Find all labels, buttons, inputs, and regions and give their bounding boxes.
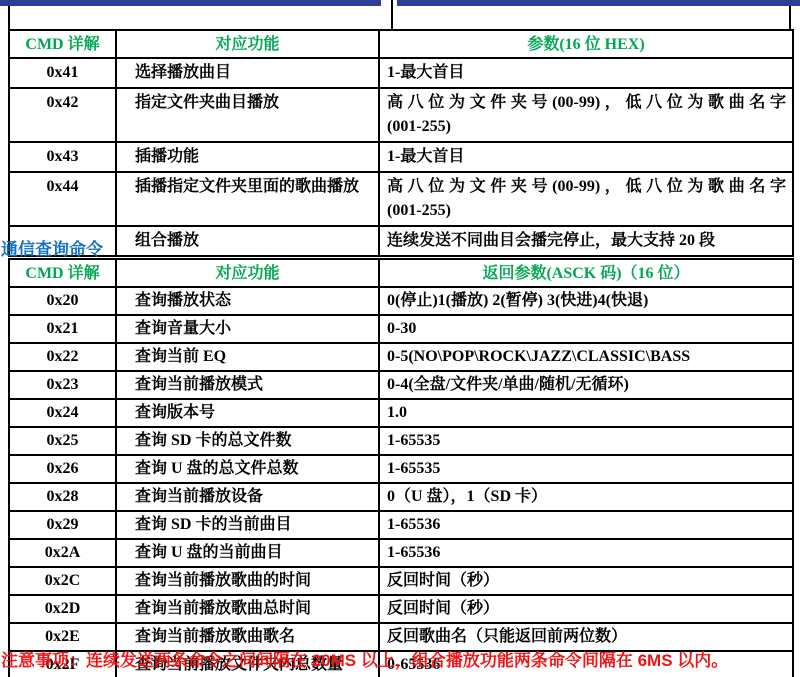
table-row: 0x26查询 U 盘的总文件总数1-65535 [9,455,793,483]
cmd-cell: 0x20 [9,287,116,315]
col-header-cmd: CMD 详解 [9,259,116,287]
param-cell: 高八位为文件夹号(00-99)，低八位为歌曲名字(001-255) [379,88,793,142]
function-cell: 查询 U 盘的当前曲目 [116,539,379,567]
function-cell: 查询当前播放歌曲总时间 [116,595,379,623]
param-cell: 反回时间（秒） [379,567,793,595]
col-header-cmd: CMD 详解 [9,30,116,58]
param-cell: 1-最大首目 [379,58,793,88]
section-title: 通信查询命令 [1,235,103,260]
param-cell: 0(停止)1(播放) 2(暂停) 3(快进)4(快退) [379,287,793,315]
table-row: 0x41选择播放曲目1-最大首目 [9,58,793,88]
cmd-cell: 0x41 [9,58,116,88]
function-cell: 选择播放曲目 [116,58,379,88]
function-cell: 指定文件夹曲目播放 [116,88,379,142]
table-row: 0x2A查询 U 盘的当前曲目1-65536 [9,539,793,567]
param-cell: 0-30 [379,315,793,343]
header-row: CMD 详解 对应功能 参数(16 位 HEX) [9,30,793,58]
table-row: 0x42指定文件夹曲目播放高八位为文件夹号(00-99)，低八位为歌曲名字(00… [9,88,793,142]
cmd-cell: 0x44 [9,172,116,226]
table-row: 0x24查询版本号1.0 [9,399,793,427]
table-row: 0x44插播指定文件夹里面的歌曲播放高八位为文件夹号(00-99)，低八位为歌曲… [9,172,793,226]
cmd-cell: 0x21 [9,315,116,343]
param-cell: 反回时间（秒） [379,595,793,623]
function-cell: 查询版本号 [116,399,379,427]
function-cell: 查询播放状态 [116,287,379,315]
cmd-cell: 0x28 [9,483,116,511]
function-cell: 查询音量大小 [116,315,379,343]
cmd-cell: 0x26 [9,455,116,483]
function-cell: 查询 SD 卡的总文件数 [116,427,379,455]
header-row: CMD 详解 对应功能 返回参数(ASCK 码)（16 位） [9,259,793,287]
cmd-cell: 0x24 [9,399,116,427]
function-cell: 插播指定文件夹里面的歌曲播放 [116,172,379,226]
function-cell: 插播功能 [116,142,379,172]
col-header-function: 对应功能 [116,30,379,58]
param-line: 高八位为文件夹号(00-99)，低八位为歌曲名字 [387,91,786,115]
param-cell: 1-65536 [379,539,793,567]
cmd-cell: 0x25 [9,427,116,455]
control-commands-table: CMD 详解 对应功能 参数(16 位 HEX) 0x41选择播放曲目1-最大首… [8,29,794,257]
table-row: 0x43插播功能1-最大首目 [9,142,793,172]
param-line: (001-255) [387,115,786,139]
param-cell: 0-5(NO\POP\ROCK\JAZZ\CLASSIC\BASS [379,343,793,371]
clipped-row-right-border [789,6,791,29]
function-cell: 查询 U 盘的总文件总数 [116,455,379,483]
clipped-row-left-border [8,6,10,29]
cmd-cell: 0x2D [9,595,116,623]
table-row: 组合播放连续发送不同曲目会播完停止，最大支持 20 段 [9,226,793,256]
cmd-cell: 0x2A [9,539,116,567]
cmd-cell: 0x23 [9,371,116,399]
clipped-row-divider [391,0,393,29]
top-blue-bar-right [397,0,800,6]
table-row: 0x29查询 SD 卡的当前曲目1-65536 [9,511,793,539]
function-cell: 查询当前播放设备 [116,483,379,511]
table-row: 0x2D查询当前播放歌曲总时间反回时间（秒） [9,595,793,623]
cmd-cell: 0x29 [9,511,116,539]
function-cell: 查询当前 EQ [116,343,379,371]
param-cell: 0（U 盘），1（SD 卡） [379,483,793,511]
param-cell: 1-65535 [379,455,793,483]
notice-text: 注意事项：连续发送两条命令之间间隔在 20MS 以上，组合播放功能两条命令间隔在… [1,646,799,671]
col-header-function: 对应功能 [116,259,379,287]
table-row: 0x21查询音量大小0-30 [9,315,793,343]
cmd-cell: 0x2C [9,567,116,595]
param-cell: 1-65535 [379,427,793,455]
col-header-return-param: 返回参数(ASCK 码)（16 位） [379,259,793,287]
function-cell: 查询 SD 卡的当前曲目 [116,511,379,539]
function-cell: 查询当前播放模式 [116,371,379,399]
table-row: 0x25查询 SD 卡的总文件数1-65535 [9,427,793,455]
param-cell: 0-4(全盘/文件夹/单曲/随机/无循环) [379,371,793,399]
table-row: 0x22查询当前 EQ0-5(NO\POP\ROCK\JAZZ\CLASSIC\… [9,343,793,371]
table-row: 0x20查询播放状态0(停止)1(播放) 2(暂停) 3(快进)4(快退) [9,287,793,315]
param-cell: 1.0 [379,399,793,427]
table-row: 0x2C查询当前播放歌曲的时间反回时间（秒） [9,567,793,595]
cmd-cell: 0x42 [9,88,116,142]
cmd-cell: 0x22 [9,343,116,371]
function-cell: 组合播放 [116,226,379,256]
param-cell: 高八位为文件夹号(00-99)，低八位为歌曲名字(001-255) [379,172,793,226]
function-cell: 查询当前播放歌曲的时间 [116,567,379,595]
col-header-param: 参数(16 位 HEX) [379,30,793,58]
param-line: (001-255) [387,199,786,223]
cmd-cell: 0x43 [9,142,116,172]
param-cell: 1-65536 [379,511,793,539]
param-cell: 1-最大首目 [379,142,793,172]
top-blue-bar-left [0,0,381,6]
query-commands-table: CMD 详解 对应功能 返回参数(ASCK 码)（16 位） 0x20查询播放状… [8,258,794,677]
table-row: 0x23查询当前播放模式0-4(全盘/文件夹/单曲/随机/无循环) [9,371,793,399]
table-row: 0x28查询当前播放设备0（U 盘），1（SD 卡） [9,483,793,511]
param-line: 高八位为文件夹号(00-99)，低八位为歌曲名字 [387,175,786,199]
param-cell: 连续发送不同曲目会播完停止，最大支持 20 段 [379,226,793,256]
